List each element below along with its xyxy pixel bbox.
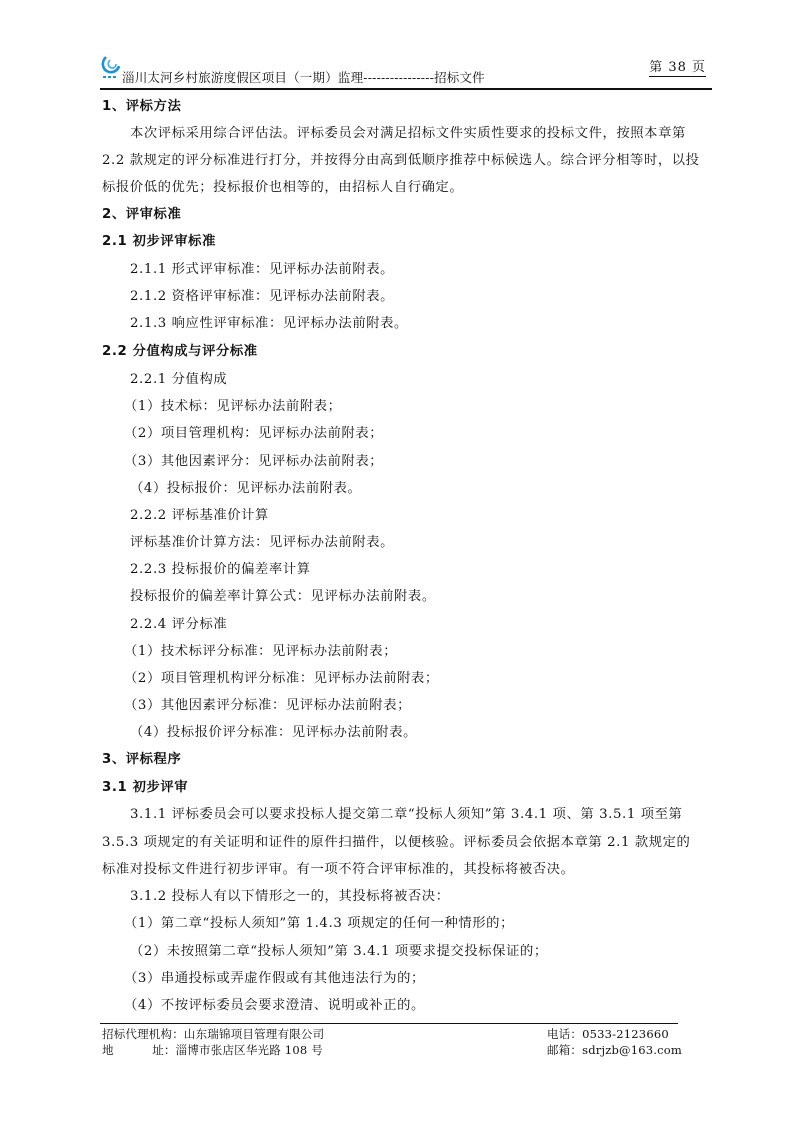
list-item: （3）其他因素评分：见评标办法前附表； — [124, 450, 383, 469]
list-item: （4）投标报价：见评标办法前附表。 — [130, 477, 361, 496]
page-header: 淄川太河乡村旅游度假区项目（一期）监理----------------招标文件 … — [100, 52, 712, 98]
paragraph-line: 3.1.1 评标委员会可以要求投标人提交第二章“投标人须知”第 3.4.1 项、… — [130, 803, 682, 822]
clause-heading: 2.2.2 评标基准价计算 — [130, 504, 269, 523]
paragraph-line: 标准对投标文件进行初步评审。有一项不符合评审标准的，其投标将被否决。 — [102, 858, 575, 877]
paragraph-line: 3.5.3 项规定的有关证明和证件的原件扫描件，以便核验。评标委员会依据本章第 … — [102, 831, 690, 850]
list-item: （1）第二章“投标人须知”第 1.4.3 项规定的任何一种情形的； — [124, 912, 514, 931]
section-heading: 3、评标程序 — [102, 748, 181, 767]
subsection-heading: 2.1 初步评审标准 — [102, 230, 216, 249]
footer-phone: 电话：0533-2123660 — [547, 1026, 669, 1042]
list-item: （2）项目管理机构：见评标办法前附表； — [124, 422, 383, 441]
paragraph-line: 投标报价的偏差率计算公式：见评标办法前附表。 — [130, 585, 436, 604]
paragraph-line: 2.2 款规定的评分标准进行打分，并按得分由高到低顺序推荐中标候选人。综合评分相… — [102, 149, 700, 168]
document-title: 淄川太河乡村旅游度假区项目（一期）监理----------------招标文件 — [122, 68, 485, 86]
list-item: （2）未按照第二章“投标人须知”第 3.4.1 项要求提交投标保证的； — [130, 940, 548, 959]
clause-heading: 2.2.4 评分标准 — [130, 613, 227, 632]
clause-heading: 3.1.2 投标人有以下情形之一的，其投标将被否决： — [130, 885, 450, 904]
list-item: （1）技术标评分标准：见评标办法前附表； — [124, 640, 397, 659]
clause-heading: 2.2.3 投标报价的偏差率计算 — [130, 558, 311, 577]
list-item: （1）技术标：见评标办法前附表； — [124, 395, 342, 414]
paragraph-line: 标报价低的优先；投标报价也相等的，由招标人自行确定。 — [102, 176, 463, 195]
section-heading: 1、评标方法 — [102, 95, 181, 114]
list-item: 2.1.3 响应性评审标准：见评标办法前附表。 — [130, 312, 408, 331]
document-page: 淄川太河乡村旅游度假区项目（一期）监理----------------招标文件 … — [0, 0, 793, 1122]
subsection-heading: 3.1 初步评审 — [102, 776, 188, 795]
footer-address: 地 址：淄博市张店区华光路 108 号 — [102, 1042, 323, 1058]
list-item: 2.1.2 资格评审标准：见评标办法前附表。 — [130, 285, 394, 304]
section-heading: 2、评审标准 — [102, 203, 181, 222]
list-item: （4）不按评标委员会要求澄清、说明或补正的。 — [124, 994, 425, 1013]
page-number: 第 38 页 — [649, 56, 706, 77]
list-item: 2.1.1 形式评审标准：见评标办法前附表。 — [130, 258, 394, 277]
list-item: （3）串通投标或弄虚作假或有其他违法行为的； — [124, 967, 425, 986]
clause-heading: 2.2.1 分值构成 — [130, 368, 227, 387]
header-divider — [100, 88, 712, 90]
footer-divider — [100, 1023, 678, 1024]
footer-agency: 招标代理机构：山东瑞锦项目管理有限公司 — [102, 1026, 324, 1042]
paragraph-line: 本次评标采用综合评估法。评标委员会对满足招标文件实质性要求的投标文件，按照本章第 — [130, 122, 686, 141]
company-logo-icon — [100, 54, 122, 80]
footer-email: 邮箱：sdrjzb@163.com — [547, 1042, 682, 1058]
paragraph-line: 评标基准价计算方法：见评标办法前附表。 — [130, 531, 394, 550]
subsection-heading: 2.2 分值构成与评分标准 — [102, 340, 258, 359]
list-item: （4）投标报价评分标准：见评标办法前附表。 — [130, 721, 417, 740]
list-item: （2）项目管理机构评分标准：见评标办法前附表； — [124, 667, 439, 686]
list-item: （3）其他因素评分标准：见评标办法前附表； — [124, 694, 411, 713]
